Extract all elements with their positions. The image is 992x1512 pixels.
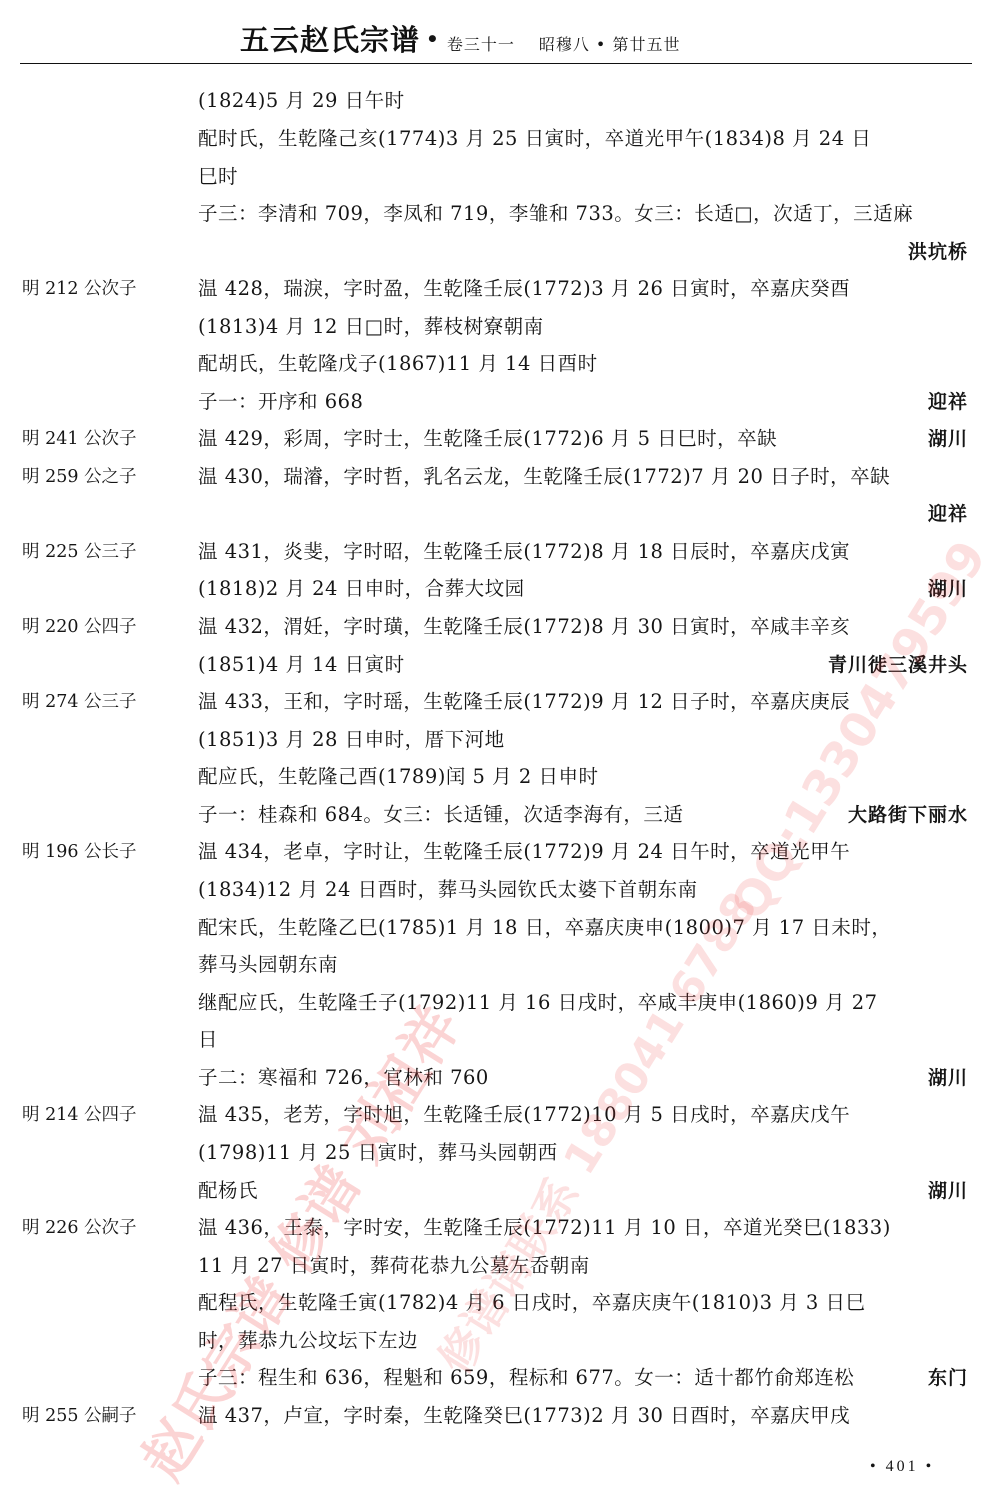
- header-divider: [20, 63, 972, 64]
- residence-place: 迎祥: [928, 387, 968, 417]
- lineage-parent-label: 明 220 公四子: [22, 612, 182, 642]
- lineage-parent-label: 明 214 公四子: [22, 1100, 182, 1130]
- lineage-parent-label: 明 241 公次子: [22, 424, 182, 454]
- entry-line: 温 428，瑞淚，字时盈，生乾隆壬辰(1772)3 月 26 日寅时，卒嘉庆癸酉: [198, 274, 968, 304]
- entry-line: 子二：寒福和 726，官林和 760: [198, 1063, 968, 1093]
- entry-line: 温 434，老卓，字时让，生乾隆壬辰(1772)9 月 24 日午时，卒道光甲午: [198, 837, 968, 867]
- entry-line: 葬马头园朝东南: [198, 950, 968, 980]
- entry-line: 11 月 27 日寅时，葬荷花恭九公墓左岙朝南: [198, 1251, 968, 1281]
- page-header: 五云赵氏宗谱•卷三十一昭穆八 • 第廿五世: [0, 18, 992, 62]
- entry-line: 日: [198, 1025, 968, 1055]
- entry-line: (1818)2 月 24 日申时，合葬大坟园: [198, 574, 968, 604]
- entry-line: 时，葬恭九公坟坛下左边: [198, 1326, 968, 1356]
- residence-place: 东门: [928, 1363, 968, 1393]
- residence-place: 大路街下丽水: [848, 800, 968, 830]
- entry-line: 温 429，彩周，字时士，生乾隆壬辰(1772)6 月 5 日巳时，卒缺: [198, 424, 968, 454]
- residence-place: 湖川: [928, 574, 968, 604]
- entry-line: 继配应氏，生乾隆壬子(1792)11 月 16 日戌时，卒咸丰庚申(1860)9…: [198, 988, 968, 1018]
- entry-line: (1824)5 月 29 日午时: [198, 86, 968, 116]
- entry-line: (1798)11 月 25 日寅时，葬马头园朝西: [198, 1138, 968, 1168]
- residence-place: 迎祥: [928, 499, 968, 529]
- lineage-parent-label: 明 255 公嗣子: [22, 1401, 182, 1431]
- entry-line: 巳时: [198, 162, 968, 192]
- section-label: 昭穆八 • 第廿五世: [539, 35, 681, 54]
- entry-line: 子三：李清和 709，李凤和 719，李雏和 733。女三：长适□，次适丁，三适…: [198, 199, 968, 229]
- volume-label: 卷三十一: [447, 35, 515, 54]
- entry-line: 配程氏，生乾隆壬寅(1782)4 月 6 日戌时，卒嘉庆庚午(1810)3 月 …: [198, 1288, 968, 1318]
- entry-line: 子一：开序和 668: [198, 387, 968, 417]
- lineage-parent-label: 明 225 公三子: [22, 537, 182, 567]
- entry-line: 温 436，王泰，字时安，生乾隆壬辰(1772)11 月 10 日，卒道光癸巳(…: [198, 1213, 968, 1243]
- entry-line: 配应氏，生乾隆己酉(1789)闰 5 月 2 日申时: [198, 762, 968, 792]
- lineage-parent-label: 明 196 公长子: [22, 837, 182, 867]
- entry-line: 温 437，卢宣，字时秦，生乾隆癸巳(1773)2 月 30 日酉时，卒嘉庆甲戌: [198, 1401, 968, 1431]
- entry-line: (1834)12 月 24 日酉时，葬马头园钦氏太婆下首朝东南: [198, 875, 968, 905]
- entry-line: 配时氏，生乾隆己亥(1774)3 月 25 日寅时，卒道光甲午(1834)8 月…: [198, 124, 968, 154]
- entry-line: (1813)4 月 12 日□时，葬枝树寮朝南: [198, 312, 968, 342]
- entry-line: 温 432，渭妊，字时璜，生乾隆壬辰(1772)8 月 30 日寅时，卒咸丰辛亥: [198, 612, 968, 642]
- entry-line: 配宋氏，生乾隆乙巳(1785)1 月 18 日，卒嘉庆庚申(1800)7 月 1…: [198, 913, 968, 943]
- entry-line: 温 430，瑞濬，字时哲，乳名云龙，生乾隆壬辰(1772)7 月 20 日子时，…: [198, 462, 968, 492]
- residence-place: 湖川: [928, 1063, 968, 1093]
- lineage-parent-label: 明 212 公次子: [22, 274, 182, 304]
- entry-line: (1851)3 月 28 日申时，厝下河地: [198, 725, 968, 755]
- residence-place: 青川徙三溪井头: [828, 650, 968, 680]
- entry-line: 温 433，王和，字时瑶，生乾隆壬辰(1772)9 月 12 日子时，卒嘉庆庚辰: [198, 687, 968, 717]
- lineage-parent-label: 明 259 公之子: [22, 462, 182, 492]
- book-title: 五云赵氏宗谱: [240, 23, 420, 57]
- title-separator: •: [426, 27, 439, 51]
- page-number: • 401 •: [870, 1458, 934, 1476]
- lineage-parent-label: 明 274 公三子: [22, 687, 182, 717]
- entry-line: 温 431，炎斐，字时昭，生乾隆壬辰(1772)8 月 18 日辰时，卒嘉庆戊寅: [198, 537, 968, 567]
- residence-place: 湖川: [928, 1176, 968, 1206]
- residence-place: 洪坑桥: [908, 237, 968, 267]
- entry-line: 温 435，老芳，字时旭，生乾隆壬辰(1772)10 月 5 日戌时，卒嘉庆戊午: [198, 1100, 968, 1130]
- lineage-parent-label: 明 226 公次子: [22, 1213, 182, 1243]
- entry-line: 配胡氏，生乾隆戊子(1867)11 月 14 日酉时: [198, 349, 968, 379]
- residence-place: 湖川: [928, 424, 968, 454]
- entry-line: 子三：程生和 636，程魁和 659，程标和 677。女一：适十都竹俞郑连松: [198, 1363, 968, 1393]
- entry-line: 配杨氏: [198, 1176, 968, 1206]
